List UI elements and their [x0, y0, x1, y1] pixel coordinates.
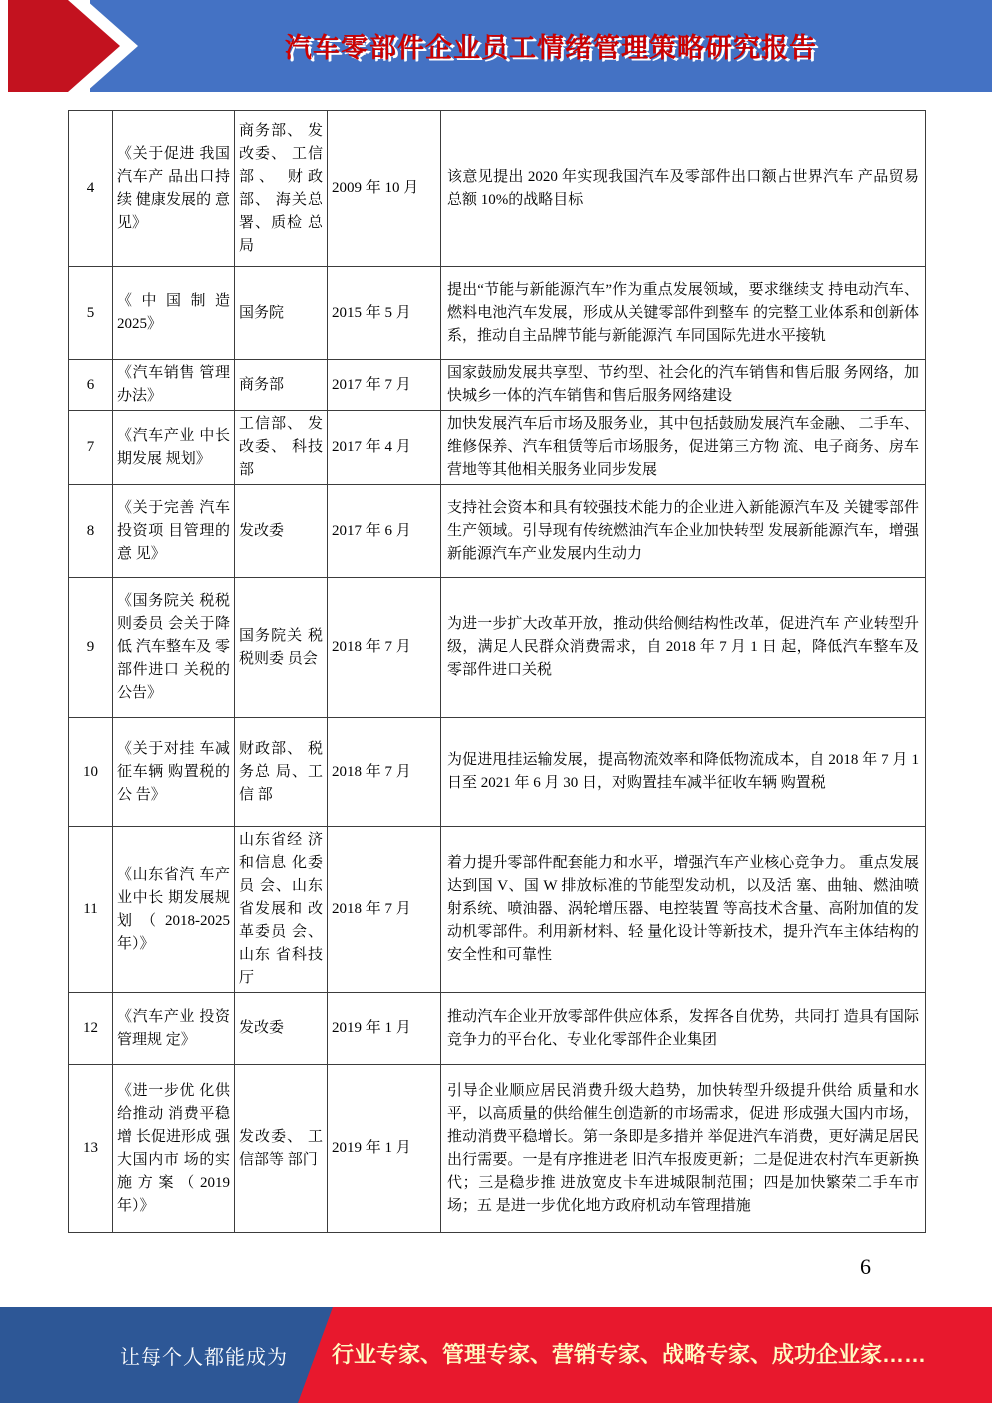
- footer-slogan-left: 让每个人都能成为: [120, 1341, 288, 1370]
- policy-desc-cell: 为促进甩挂运输发展，提高物流效率和降低物流成本，自 2018 年 7 月 1 日…: [441, 718, 926, 827]
- policy-desc-cell: 为进一步扩大改革开放，推动供给侧结构性改革，促进汽车 产业转型升级，满足人民群众…: [441, 578, 926, 718]
- policy-name-cell: 《关于完善 汽车投资项 目管理的意 见》: [113, 485, 235, 578]
- table-row: 8 《关于完善 汽车投资项 目管理的意 见》 发改委 2017 年 6 月 支持…: [69, 485, 926, 578]
- policy-issuer-cell: 发改委: [235, 993, 328, 1065]
- policy-name-cell: 《汽车产业 投资管理规 定》: [113, 993, 235, 1065]
- table-row: 10 《关于对挂 车减征车辆 购置税的公 告》 财政部、 税务总 局、工 信 部…: [69, 718, 926, 827]
- policy-no-cell: 5: [69, 267, 113, 360]
- policy-name-cell: 《关于促进 我国汽车产 品出口持续 健康发展的 意见》: [113, 111, 235, 267]
- footer-banner: 让每个人都能成为 行业专家、管理专家、营销专家、战略专家、成功企业家……: [0, 1307, 992, 1403]
- table-row: 4 《关于促进 我国汽车产 品出口持续 健康发展的 意见》 商务部、 发改委、 …: [69, 111, 926, 267]
- policy-issuer-cell: 工信部、 发改委、 科技部: [235, 411, 328, 485]
- footer-slogan-right: 行业专家、管理专家、营销专家、战略专家、成功企业家……: [332, 1338, 926, 1369]
- table-row: 6 《汽车销售 管理办法》 商务部 2017 年 7 月 国家鼓励发展共享型、节…: [69, 360, 926, 411]
- policy-issuer-cell: 山东省经 济和信息 化委员 会、山东省发展和 改革委员 会、山东 省科技厅: [235, 827, 328, 993]
- policy-desc-cell: 提出“节能与新能源汽车”作为重点发展领域，要求继续支 持电动汽车、燃料电池汽车发…: [441, 267, 926, 360]
- policy-date-cell: 2018 年 7 月: [328, 718, 441, 827]
- report-page: 汽车零部件企业员工情绪管理策略研究报告 4 《关于促进 我国汽车产 品出口持续 …: [0, 0, 992, 1403]
- policy-no-cell: 9: [69, 578, 113, 718]
- policy-no-cell: 12: [69, 993, 113, 1065]
- policy-date-cell: 2009 年 10 月: [328, 111, 441, 267]
- policy-issuer-cell: 商务部、 发改委、 工信部、 财政部、 海关总署、质检 总局: [235, 111, 328, 267]
- table-row: 5 《中国制造 2025》 国务院 2015 年 5 月 提出“节能与新能源汽车…: [69, 267, 926, 360]
- policy-name-cell: 《中国制造 2025》: [113, 267, 235, 360]
- policy-name-cell: 《进一步优 化供给推动 消费平稳增 长促进形成 强大国内市 场的实施方案（201…: [113, 1065, 235, 1233]
- policy-issuer-cell: 发改委: [235, 485, 328, 578]
- policy-no-cell: 13: [69, 1065, 113, 1233]
- policy-name-cell: 《关于对挂 车减征车辆 购置税的公 告》: [113, 718, 235, 827]
- policy-desc-cell: 引导企业顺应居民消费升级大趋势，加快转型升级提升供给 质量和水平，以高质量的供给…: [441, 1065, 926, 1233]
- policy-no-cell: 6: [69, 360, 113, 411]
- policy-date-cell: 2017 年 6 月: [328, 485, 441, 578]
- policy-date-cell: 2017 年 4 月: [328, 411, 441, 485]
- policy-issuer-cell: 发改委、 工信部等 部门: [235, 1065, 328, 1233]
- policy-date-cell: 2018 年 7 月: [328, 578, 441, 718]
- policy-desc-cell: 国家鼓励发展共享型、节约型、社会化的汽车销售和售后服 务网络，加快城乡一体的汽车…: [441, 360, 926, 411]
- policy-no-cell: 4: [69, 111, 113, 267]
- policy-name-cell: 《山东省汽 车产业中长 期发展规划 （ 2018-2025 年）》: [113, 827, 235, 993]
- report-title: 汽车零部件企业员工情绪管理策略研究报告: [130, 26, 972, 65]
- policy-no-cell: 7: [69, 411, 113, 485]
- policy-no-cell: 11: [69, 827, 113, 993]
- policy-desc-cell: 该意见提出 2020 年实现我国汽车及零部件出口额占世界汽车 产品贸易总额 10…: [441, 111, 926, 267]
- table-row: 7 《汽车产业 中长期发展 规划》 工信部、 发改委、 科技部 2017 年 4…: [69, 411, 926, 485]
- policy-no-cell: 10: [69, 718, 113, 827]
- policy-date-cell: 2015 年 5 月: [328, 267, 441, 360]
- policy-desc-cell: 着力提升零部件配套能力和水平，增强汽车产业核心竞争力。 重点发展达到国 V、国 …: [441, 827, 926, 993]
- policy-table: 4 《关于促进 我国汽车产 品出口持续 健康发展的 意见》 商务部、 发改委、 …: [68, 110, 926, 1233]
- policy-issuer-cell: 财政部、 税务总 局、工 信 部: [235, 718, 328, 827]
- policy-desc-cell: 加快发展汽车后市场及服务业，其中包括鼓励发展汽车金融、 二手车、维修保养、汽车租…: [441, 411, 926, 485]
- policy-name-cell: 《国务院关 税税则委员 会关于降低 汽车整车及 零部件进口 关税的公告》: [113, 578, 235, 718]
- table-row: 13 《进一步优 化供给推动 消费平稳增 长促进形成 强大国内市 场的实施方案（…: [69, 1065, 926, 1233]
- table-row: 11 《山东省汽 车产业中长 期发展规划 （ 2018-2025 年）》 山东省…: [69, 827, 926, 993]
- policy-name-cell: 《汽车销售 管理办法》: [113, 360, 235, 411]
- policy-issuer-cell: 国务院关 税税则委 员会: [235, 578, 328, 718]
- policy-date-cell: 2018 年 7 月: [328, 827, 441, 993]
- policy-date-cell: 2017 年 7 月: [328, 360, 441, 411]
- policy-issuer-cell: 商务部: [235, 360, 328, 411]
- header-banner: 汽车零部件企业员工情绪管理策略研究报告: [0, 0, 992, 92]
- page-number: 6: [860, 1254, 871, 1280]
- policy-desc-cell: 推动汽车企业开放零部件供应体系，发挥各自优势，共同打 造具有国际竞争力的平台化、…: [441, 993, 926, 1065]
- policy-name-cell: 《汽车产业 中长期发展 规划》: [113, 411, 235, 485]
- policy-no-cell: 8: [69, 485, 113, 578]
- table-row: 9 《国务院关 税税则委员 会关于降低 汽车整车及 零部件进口 关税的公告》 国…: [69, 578, 926, 718]
- policy-desc-cell: 支持社会资本和具有较强技术能力的企业进入新能源汽车及 关键零部件生产领域。引导现…: [441, 485, 926, 578]
- table-row: 12 《汽车产业 投资管理规 定》 发改委 2019 年 1 月 推动汽车企业开…: [69, 993, 926, 1065]
- policy-date-cell: 2019 年 1 月: [328, 1065, 441, 1233]
- policy-issuer-cell: 国务院: [235, 267, 328, 360]
- policy-date-cell: 2019 年 1 月: [328, 993, 441, 1065]
